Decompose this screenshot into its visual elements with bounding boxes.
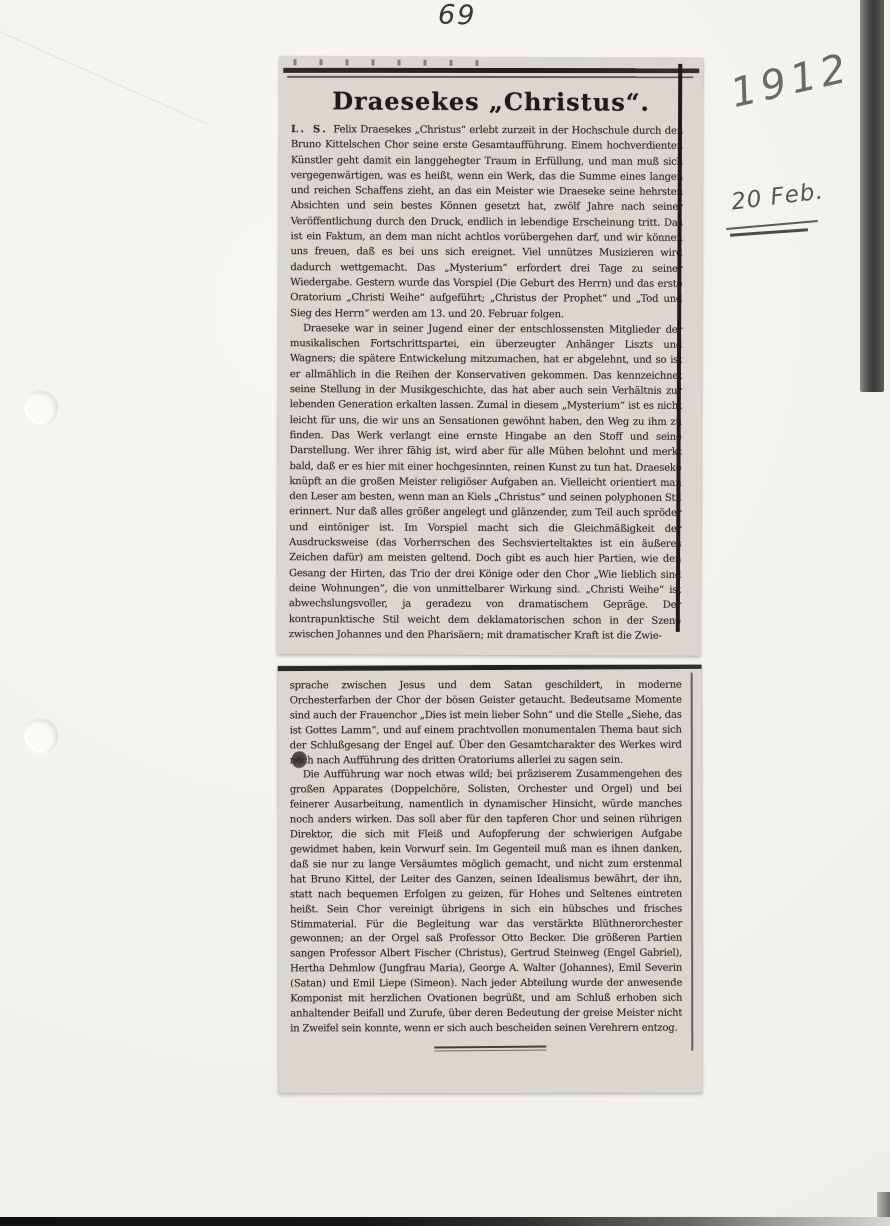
article-paragraph: Die Aufführung war noch etwas wild; bei … bbox=[290, 768, 682, 1037]
article-paragraph: L. S.Felix Draesekes „Christus“ erlebt z… bbox=[290, 122, 683, 323]
article-body-continued: sprache zwischen Jesus und dem Satan ges… bbox=[278, 670, 693, 1037]
article-end-divider bbox=[434, 1045, 546, 1051]
paragraph-text: Felix Draesekes „Christus“ erlebt zurzei… bbox=[290, 124, 683, 320]
author-initials: L. S. bbox=[291, 124, 328, 135]
headline-rule-heavy bbox=[283, 68, 699, 73]
article-paragraph: sprache zwischen Jesus und dem Satan ges… bbox=[290, 679, 682, 769]
handwritten-underline bbox=[730, 228, 808, 236]
handwritten-date: 20 Feb. bbox=[730, 178, 825, 215]
article-paragraph: Draeseke war in seiner Jugend einer der … bbox=[289, 321, 682, 644]
newspaper-column-rule bbox=[691, 673, 694, 1051]
scan-edge-shadow-bottom bbox=[0, 1217, 890, 1226]
punch-hole-lower bbox=[23, 718, 59, 754]
paper-crease bbox=[0, 18, 208, 125]
newspaper-clipping-bottom: sprache zwischen Jesus und dem Satan ges… bbox=[278, 665, 703, 1094]
punch-hole-upper bbox=[23, 390, 59, 426]
article-headline: Draesekes „Christus“. bbox=[279, 86, 703, 117]
cut-off-text-fragments bbox=[293, 59, 484, 66]
handwritten-page-number: 69 bbox=[437, 0, 476, 32]
article-body: L. S.Felix Draesekes „Christus“ erlebt z… bbox=[277, 122, 693, 644]
newspaper-clipping-top: Draesekes „Christus“. L. S.Felix Draesek… bbox=[277, 56, 704, 656]
handwritten-year: 1912 bbox=[726, 45, 855, 117]
scanned-archive-page: { "page": { "page_number": "69", "handwr… bbox=[0, 0, 890, 1226]
headline-rule-thin bbox=[287, 76, 693, 78]
scan-edge-shadow-right bbox=[860, 0, 884, 392]
